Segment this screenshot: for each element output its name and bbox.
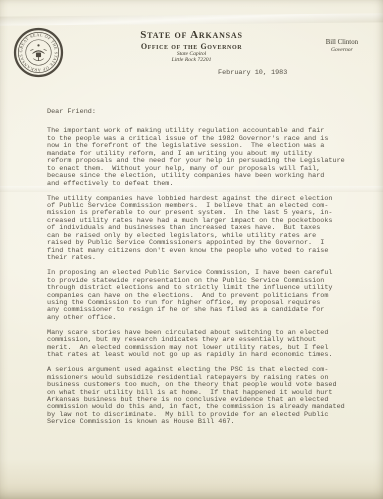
paragraph-4: Many scare stories have been circulated … (47, 330, 362, 360)
paragraph-3: In proposing an elected Public Service C… (47, 270, 362, 322)
paragraph-1: The important work of making utility reg… (47, 128, 362, 188)
paragraph-2: The utility companies have lobbied harde… (47, 196, 362, 263)
official-name: Bill Clinton (326, 39, 358, 47)
letterhead-official: Bill Clinton Governor (326, 39, 358, 54)
letter-page: GREAT SEAL OF THE STATE OF ARKANSAS Stat… (0, 0, 383, 499)
paper-crease (0, 13, 383, 25)
letter-body: Dear Friend: The important work of makin… (47, 109, 362, 427)
letter-date: February 10, 1983 (218, 69, 287, 77)
letterhead-address-line2: Little Rock 72201 (0, 57, 383, 63)
official-title: Governor (326, 47, 358, 54)
salutation: Dear Friend: (47, 109, 362, 116)
paragraph-5: A serious argument used against electing… (47, 367, 362, 427)
